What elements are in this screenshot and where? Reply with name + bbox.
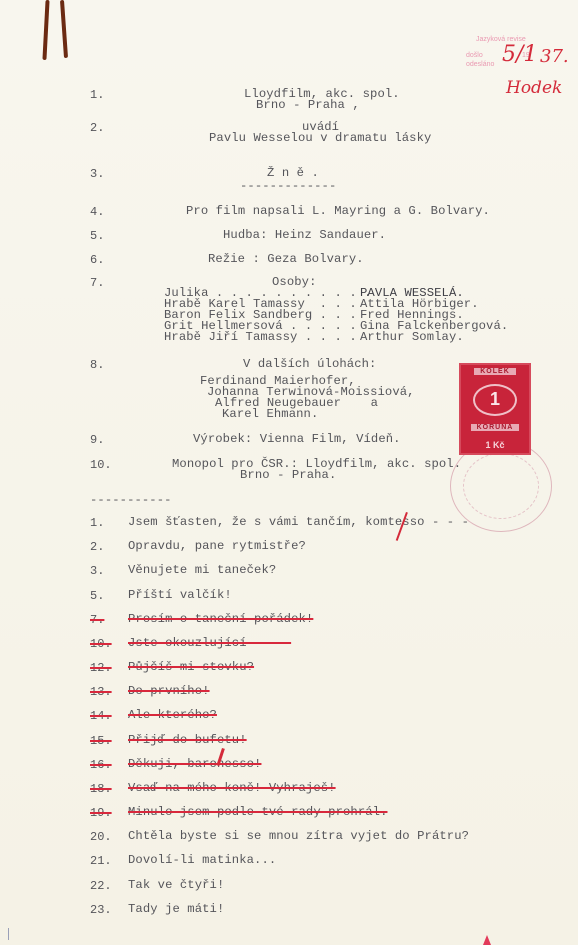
dialogue-number: 22.: [90, 879, 112, 893]
revenue-stamp-top-label: KOLEK: [474, 368, 516, 375]
director-credit: Režie : Geza Bolvary.: [208, 253, 364, 265]
dialogue-number: 23.: [90, 903, 112, 917]
red-ink-mark: [483, 935, 491, 945]
company-city: Brno - Praha ,: [256, 99, 360, 111]
revenue-stamp-bottom-label: KORUNA: [471, 424, 520, 431]
cast-role: Hrabě Jiří Tamassy . . . .: [164, 331, 357, 343]
dialogue-text: Opravdu, pane rytmistře?: [128, 540, 306, 552]
distribution-city: Brno - Praha.: [240, 469, 336, 481]
staple-mark-left: [42, 0, 49, 60]
cast-actor: Arthur Somlay.: [360, 331, 464, 343]
dialogue-text: Děkuji, baronesso!: [128, 758, 261, 770]
item-number: 3.: [90, 167, 104, 181]
dialogue-number: 12.: [90, 661, 112, 675]
dialogue-text: Ale kterého?: [128, 709, 217, 721]
item-number: 2.: [90, 121, 104, 135]
pencil-mark: [8, 928, 9, 940]
dialogue-number: 5.: [90, 589, 104, 603]
staple-mark-right: [60, 0, 68, 58]
dialogue-number: 18.: [90, 782, 112, 796]
dialogue-number: 2.: [90, 540, 104, 554]
dialogue-text: Jsem šťasten, že s vámi tančím, komtesso…: [128, 516, 469, 528]
film-title: Ž n ě .: [267, 167, 319, 179]
item-number: 4.: [90, 205, 104, 219]
dialogue-text: Minulo jsem podle tvé rady prohrál.: [128, 806, 387, 818]
section-separator: -----------: [90, 494, 172, 506]
dialogue-text: Do prvního!: [128, 685, 210, 697]
dialogue-text: Tady je máti!: [128, 903, 224, 915]
other-role-actor: Karel Ehmann.: [222, 408, 318, 420]
presents-subtitle: Pavlu Wesselou v dramatu lásky: [209, 132, 431, 144]
dialogue-number: 13.: [90, 685, 112, 699]
dialogue-text: Půjčíš mi stovku?: [128, 661, 254, 673]
screenplay-credit: Pro film napsali L. Mayring a G. Bolvary…: [186, 205, 490, 217]
item-number: 6.: [90, 253, 104, 267]
archive-stamp: Jazyková revise došlo odesláno 19 5/1 37…: [466, 34, 576, 114]
archive-stamp-received-label: došlo: [466, 52, 483, 59]
item-number: 7.: [90, 276, 104, 290]
dialogue-number: 21.: [90, 854, 112, 868]
dialogue-number: 19.: [90, 806, 112, 820]
item-number: 5.: [90, 229, 104, 243]
dialogue-text: Vsaď na mého koně! Vyhraješ!: [128, 782, 336, 794]
dialogue-number: 10.: [90, 637, 112, 651]
item-number: 8.: [90, 358, 104, 372]
handwritten-signature: Hodek: [506, 78, 562, 98]
dialogue-text: Příští valčík!: [128, 589, 232, 601]
archive-stamp-sent-label: odesláno: [466, 61, 494, 68]
film-title-underline: -------------: [240, 180, 336, 192]
revenue-stamp-value: 1: [473, 384, 517, 416]
dialogue-text: Tak ve čtyři!: [128, 879, 224, 891]
item-number: 10.: [90, 458, 112, 472]
document-page: Jazyková revise došlo odesláno 19 5/1 37…: [0, 0, 578, 945]
other-roles-heading: V dalších úlohách:: [243, 358, 376, 370]
handwritten-year: 37.: [540, 46, 569, 67]
item-number: 1.: [90, 88, 104, 102]
dialogue-text: Věnujete mi taneček?: [128, 564, 276, 576]
production-credit: Výrobek: Vienna Film, Vídeň.: [193, 433, 401, 445]
dialogue-text: Dovolí-li matinka...: [128, 854, 276, 866]
dialogue-number: 3.: [90, 564, 104, 578]
dialogue-text: Prosím o taneční pořádek!: [128, 613, 313, 625]
dialogue-text: Jste okouzlující - - -: [128, 637, 291, 649]
revenue-stamp-series: 1 Kč: [485, 440, 504, 450]
music-credit: Hudba: Heinz Sandauer.: [223, 229, 386, 241]
dialogue-number: 1.: [90, 516, 104, 530]
revenue-stamp: KOLEK 1 KORUNA 1 Kč: [459, 363, 531, 455]
handwritten-date: 5/1: [502, 42, 537, 67]
dialogue-number: 16.: [90, 758, 112, 772]
dialogue-number: 20.: [90, 830, 112, 844]
item-number: 9.: [90, 433, 104, 447]
dialogue-text: Přijď do bufetu!: [128, 734, 247, 746]
dialogue-text: Chtěla byste si se mnou zítra vyjet do P…: [128, 830, 469, 842]
dialogue-number: 14.: [90, 709, 112, 723]
dialogue-number: 7.: [90, 613, 104, 627]
dialogue-number: 15.: [90, 734, 112, 748]
